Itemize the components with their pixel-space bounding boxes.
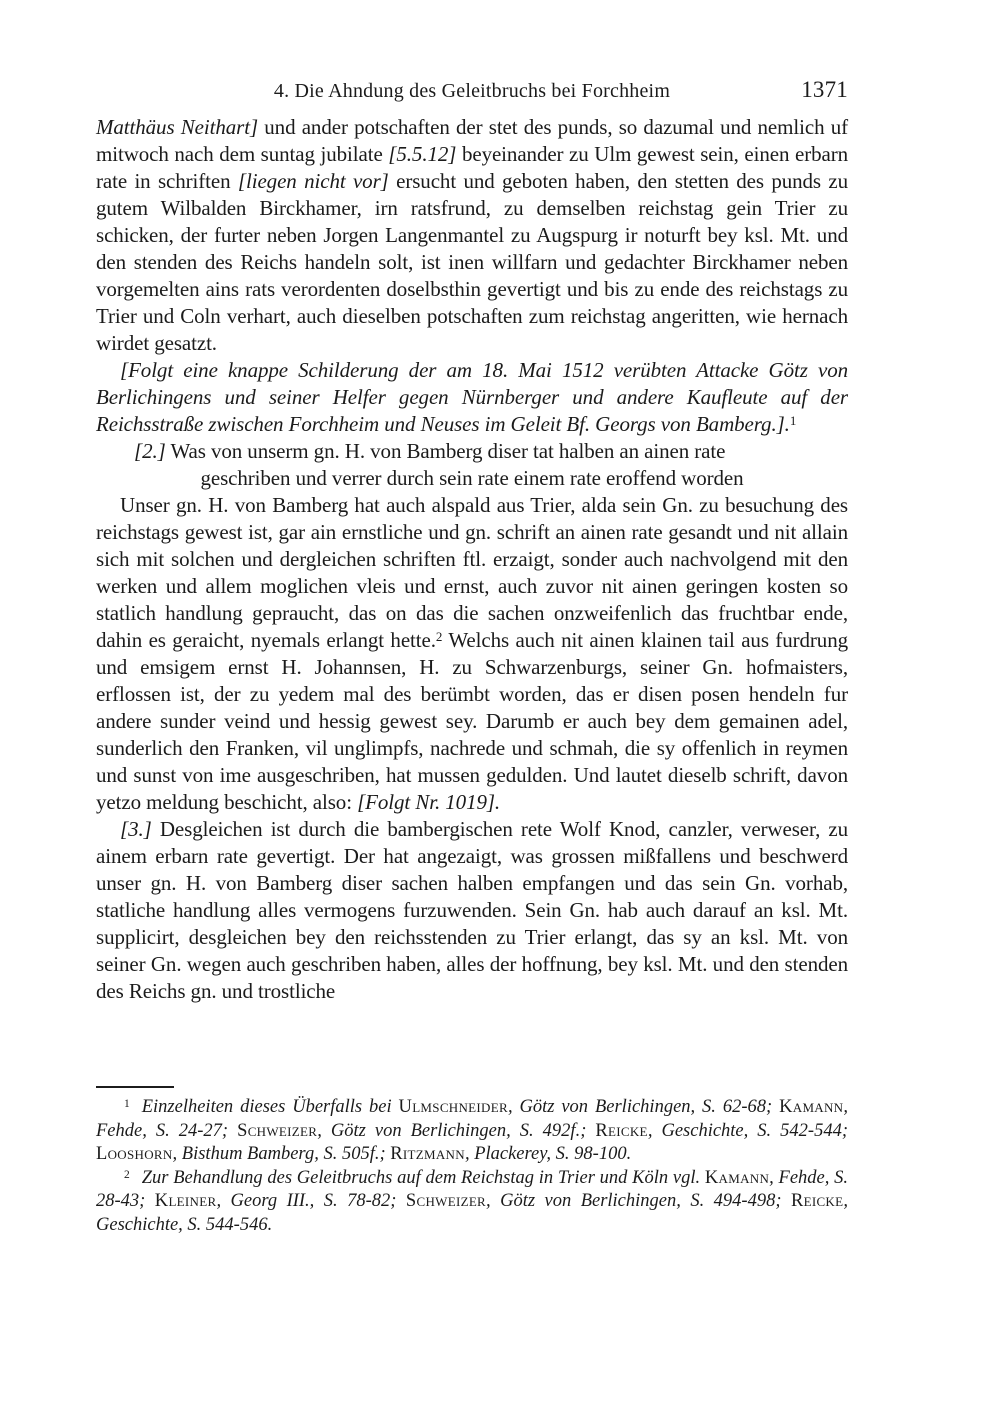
document-2-text: Unser gn. H. von Bamberg hat auch alspal… <box>96 492 848 816</box>
footnote-separator <box>96 1086 174 1088</box>
italic-text: , Götz von Berlichingen, S. 62-68; <box>508 1097 779 1117</box>
smallcaps-name: Kleiner <box>155 1191 217 1211</box>
chapter-title: 4. Die Ahndung des Geleitbruchs bei Forc… <box>96 80 848 103</box>
smallcaps-name: Schweizer <box>237 1121 317 1141</box>
footnote-marker: 1 <box>790 413 796 428</box>
italic-text: [2.] <box>134 439 166 463</box>
body-text: Matthäus Neithart] und ander potschaften… <box>96 114 848 1005</box>
footnote-1: 1Einzelheiten dieses Überfalls bei Ulmsc… <box>96 1096 848 1167</box>
footnote-list: 1Einzelheiten dieses Überfalls bei Ulmsc… <box>96 1096 848 1238</box>
document-3-text: [3.] Desgleichen ist durch die bambergis… <box>96 816 848 1005</box>
footnotes-section: 1Einzelheiten dieses Überfalls bei Ulmsc… <box>96 1086 848 1238</box>
smallcaps-name: Ulmschneider <box>399 1097 508 1117</box>
italic-text: , Plackerey, S. 98-100. <box>465 1144 631 1164</box>
italic-text: , Geschichte, S. 542-544; <box>648 1121 848 1141</box>
italic-text: Zur Behandlung des Geleitbruchs auf dem … <box>142 1168 705 1188</box>
italic-text: , Götz von Berlichingen, S. 494-498; <box>486 1191 791 1211</box>
italic-text: Matthäus Neithart] <box>96 115 258 139</box>
footnote-marker: 2 <box>436 629 442 644</box>
document-2-heading-line-2: geschriben und verrer durch sein rate ei… <box>96 465 848 492</box>
smallcaps-name: Schweizer <box>406 1191 486 1211</box>
smallcaps-name: Kamann <box>705 1168 769 1188</box>
italic-text: , Götz von Berlichingen, S. 492f.; <box>317 1121 595 1141</box>
footnote-marker: 1 <box>124 1098 130 1110</box>
italic-text: [liegen nicht vor] <box>238 169 389 193</box>
italic-text: Einzelheiten dieses Überfalls bei <box>142 1097 399 1117</box>
italic-text: [Folgt eine knappe Schilderung der am 18… <box>96 358 848 436</box>
editorial-summary-note: [Folgt eine knappe Schilderung der am 18… <box>96 357 848 438</box>
italic-text: [Folgt Nr. 1019]. <box>357 790 500 814</box>
italic-text: , Georg III., S. 78-82; <box>216 1191 405 1211</box>
smallcaps-name: Kamann <box>779 1097 843 1117</box>
paragraph-continuation: Matthäus Neithart] und ander potschaften… <box>96 114 848 357</box>
smallcaps-name: Reicke <box>595 1121 647 1141</box>
smallcaps-name: Reicke <box>791 1191 843 1211</box>
book-page: 4. Die Ahndung des Geleitbruchs bei Forc… <box>0 0 1004 1418</box>
italic-text: [3.] <box>120 817 152 841</box>
page-number: 1371 <box>801 77 848 103</box>
italic-text: , Bisthum Bamberg, S. 505f.; <box>173 1144 391 1164</box>
footnote-marker: 2 <box>124 1169 130 1181</box>
smallcaps-name: Ritzmann <box>390 1144 465 1164</box>
footnote-2: 2Zur Behandlung des Geleitbruchs auf dem… <box>96 1167 848 1238</box>
document-2-heading-line-1: [2.] Was von unserm gn. H. von Bamberg d… <box>96 438 848 465</box>
italic-text: [5.5.12] <box>388 142 456 166</box>
running-header: 4. Die Ahndung des Geleitbruchs bei Forc… <box>96 80 848 108</box>
smallcaps-name: Looshorn <box>96 1144 173 1164</box>
